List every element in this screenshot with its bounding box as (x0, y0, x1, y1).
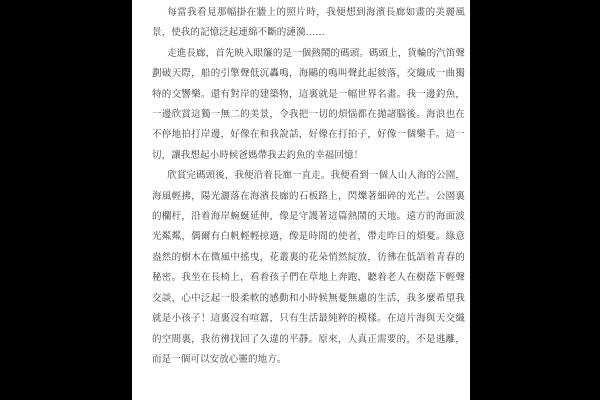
letterbox-canvas: 每當我看見那幅掛在牆上的照片時，我便想到海濱長廊如畫的美麗風景，使我的記憶泛起連… (0, 0, 600, 400)
paragraph-3: 欣賞完碼頭後，我便沿着長廊一直走。我便看到一個人山人海的公園，海風輕拂，陽光灑落… (152, 166, 465, 370)
paragraph-2: 走進長廊，首先映入眼簾的是一個熱鬧的碼頭。碼頭上，貨輪的汽笛聲劃破天際，船的引擎… (152, 44, 465, 166)
document-page: 每當我看見那幅掛在牆上的照片時，我便想到海濱長廊如畫的美麗風景，使我的記憶泛起連… (132, 0, 470, 400)
document-text: 每當我看見那幅掛在牆上的照片時，我便想到海濱長廊如畫的美麗風景，使我的記憶泛起連… (152, 3, 465, 370)
paragraph-1: 每當我看見那幅掛在牆上的照片時，我便想到海濱長廊如畫的美麗風景，使我的記憶泛起連… (152, 3, 465, 44)
